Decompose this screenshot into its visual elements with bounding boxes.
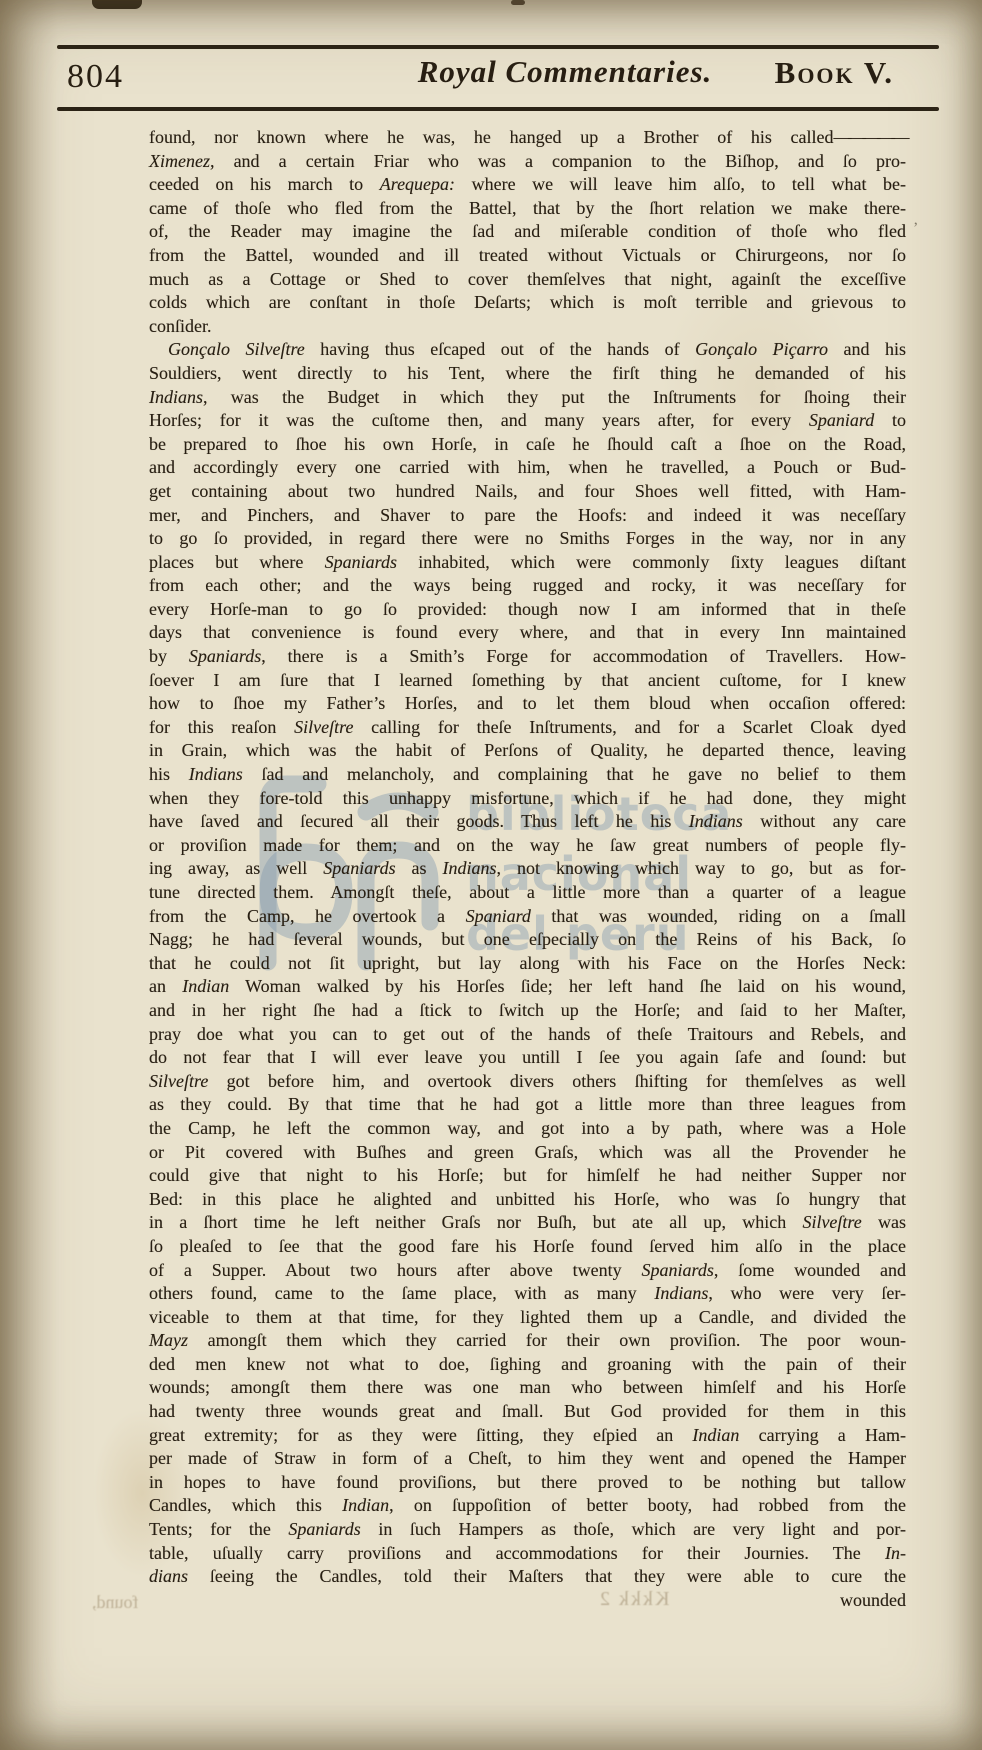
text-line: Bed: in this place he alighted and unbit… (149, 1188, 906, 1212)
text-line: Indians, was the Budget in which they pu… (149, 386, 906, 410)
text-line: Gonçalo Silveſtre having thus eſcaped ou… (149, 338, 906, 362)
text-line: Candles, which this Indian, on ſuppoſiti… (149, 1494, 906, 1518)
text-line: as they could. By that time that he had … (149, 1093, 906, 1117)
text-line: ceeded on his march to Arequepa: where w… (149, 173, 906, 197)
showthrough-text: found, (92, 1592, 139, 1613)
text-line: Silveſtre got before him, and overtook d… (149, 1070, 906, 1094)
text-line: or Pit covered with Buſhes and green Gra… (149, 1141, 906, 1165)
text-line: Ximenez, and a certain Friar who was a c… (149, 150, 906, 174)
text-line: of, the Reader may imagine the ſad and m… (149, 220, 906, 244)
text-line: ded men knew not what to doe, ſighing an… (149, 1353, 906, 1377)
text-line: from the Camp, he overtook a Spaniard th… (149, 905, 906, 929)
text-line: Souldiers, went directly to his Tent, wh… (149, 362, 906, 386)
text-line: the Camp, he left the common way, and go… (149, 1117, 906, 1141)
ink-speck (511, 0, 525, 5)
text-line: much as a Cottage or Shed to cover themſ… (149, 268, 906, 292)
page-number: 804 (67, 58, 124, 96)
text-line: conſider. (149, 315, 906, 339)
text-line: and accordingly every one carried with h… (149, 456, 906, 480)
text-line: Horſes; for it was the cuſtome then, and… (149, 409, 906, 433)
text-line: found, nor known where he was, he hanged… (149, 126, 906, 150)
text-line: and in her right ſhe had a ſtick to ſwit… (149, 999, 906, 1023)
text-line: his Indians ſad and melancholy, and comp… (149, 763, 906, 787)
text-line: Mayz amongſt them which they carried for… (149, 1329, 906, 1353)
text-line: be prepared to ſhoe his own Horſe, in ca… (149, 433, 906, 457)
text-line: colds which are conſtant in thoſe Deſart… (149, 291, 906, 315)
header-rule-top (57, 45, 939, 49)
text-line: from the Battel, wounded and ill treated… (149, 244, 906, 268)
text-line: for this reaſon Silveſtre calling for th… (149, 716, 906, 740)
text-line: from each other; and the ways being rugg… (149, 574, 906, 598)
text-line: that he could not ſit upright, but lay a… (149, 952, 906, 976)
header-rule-bottom (57, 107, 939, 111)
text-line: when they fore-told this unhappy misfort… (149, 787, 906, 811)
text-line: ſoever I am ſure that I learned ſomethin… (149, 669, 906, 693)
text-line: or proviſion made for them; and on the w… (149, 834, 906, 858)
book-label: Book V. (775, 55, 894, 91)
catchword: wounded (149, 1589, 906, 1613)
text-line: by Spaniards, there is a Smith’s Forge f… (149, 645, 906, 669)
book-page-scan: biblioteca nacional del perú 804 Royal C… (0, 0, 982, 1750)
text-line: in Grain, which was the habit of Perſons… (149, 739, 906, 763)
text-line: dians ſeeing the Candles, told their Maſ… (149, 1565, 906, 1589)
text-line: places but where Spaniards inhabited, wh… (149, 551, 906, 575)
text-line: in a ſhort time he left neither Graſs no… (149, 1211, 906, 1235)
body-text: found, nor known where he was, he hanged… (149, 126, 906, 1612)
ink-blotch (92, 0, 142, 9)
text-line: could give that night to his Horſe; but … (149, 1164, 906, 1188)
text-line: came of thoſe who fled from the Battel, … (149, 197, 906, 221)
paragraph: Gonçalo Silveſtre having thus eſcaped ou… (149, 338, 906, 1588)
text-line: days that convenience is found every whe… (149, 621, 906, 645)
text-line: have ſaved and ſecured all their goods. … (149, 810, 906, 834)
text-line: pray doe what you can to get out of the … (149, 1023, 906, 1047)
text-line: Tents; for the Spaniards in ſuch Hampers… (149, 1518, 906, 1542)
paragraphs-host: found, nor known where he was, he hanged… (149, 126, 906, 1589)
text-line: table, uſually carry proviſions and acco… (149, 1542, 906, 1566)
text-line: every Horſe-man to go ſo provided: thoug… (149, 598, 906, 622)
text-line: in hopes to have found proviſions, but t… (149, 1471, 906, 1495)
text-line: others found, came to the ſame place, wi… (149, 1282, 906, 1306)
text-line: per made of Straw in form of a Cheſt, to… (149, 1447, 906, 1471)
text-line: to go ſo provided, in regard there were … (149, 527, 906, 551)
text-line: had twenty three wounds great and ſmall.… (149, 1400, 906, 1424)
text-line: ing away, as well Spaniards as Indians, … (149, 857, 906, 881)
text-line: great extremity; for as they were ſittin… (149, 1424, 906, 1448)
text-line: an Indian Woman walked by his Horſes ſid… (149, 975, 906, 999)
text-line: get containing about two hundred Nails, … (149, 480, 906, 504)
text-line: wounds; amongſt them there was one man w… (149, 1376, 906, 1400)
margin-mark: ’ (913, 220, 918, 238)
paragraph: found, nor known where he was, he hanged… (149, 126, 906, 338)
text-line: Nagg; he had ſeveral wounds, but one eſp… (149, 928, 906, 952)
text-line: do not fear that I will ever leave you u… (149, 1046, 906, 1070)
text-line: of a Supper. About two hours after above… (149, 1259, 906, 1283)
text-line: tune directed them. Amongſt theſe, about… (149, 881, 906, 905)
text-line: how to ſhoe my Father’s Horſes, and to l… (149, 692, 906, 716)
text-line: ſo pleaſed to ſee that the good fare his… (149, 1235, 906, 1259)
text-line: viceable to them at that time, for they … (149, 1306, 906, 1330)
text-line: mer, and Pinchers, and Shaver to pare th… (149, 504, 906, 528)
